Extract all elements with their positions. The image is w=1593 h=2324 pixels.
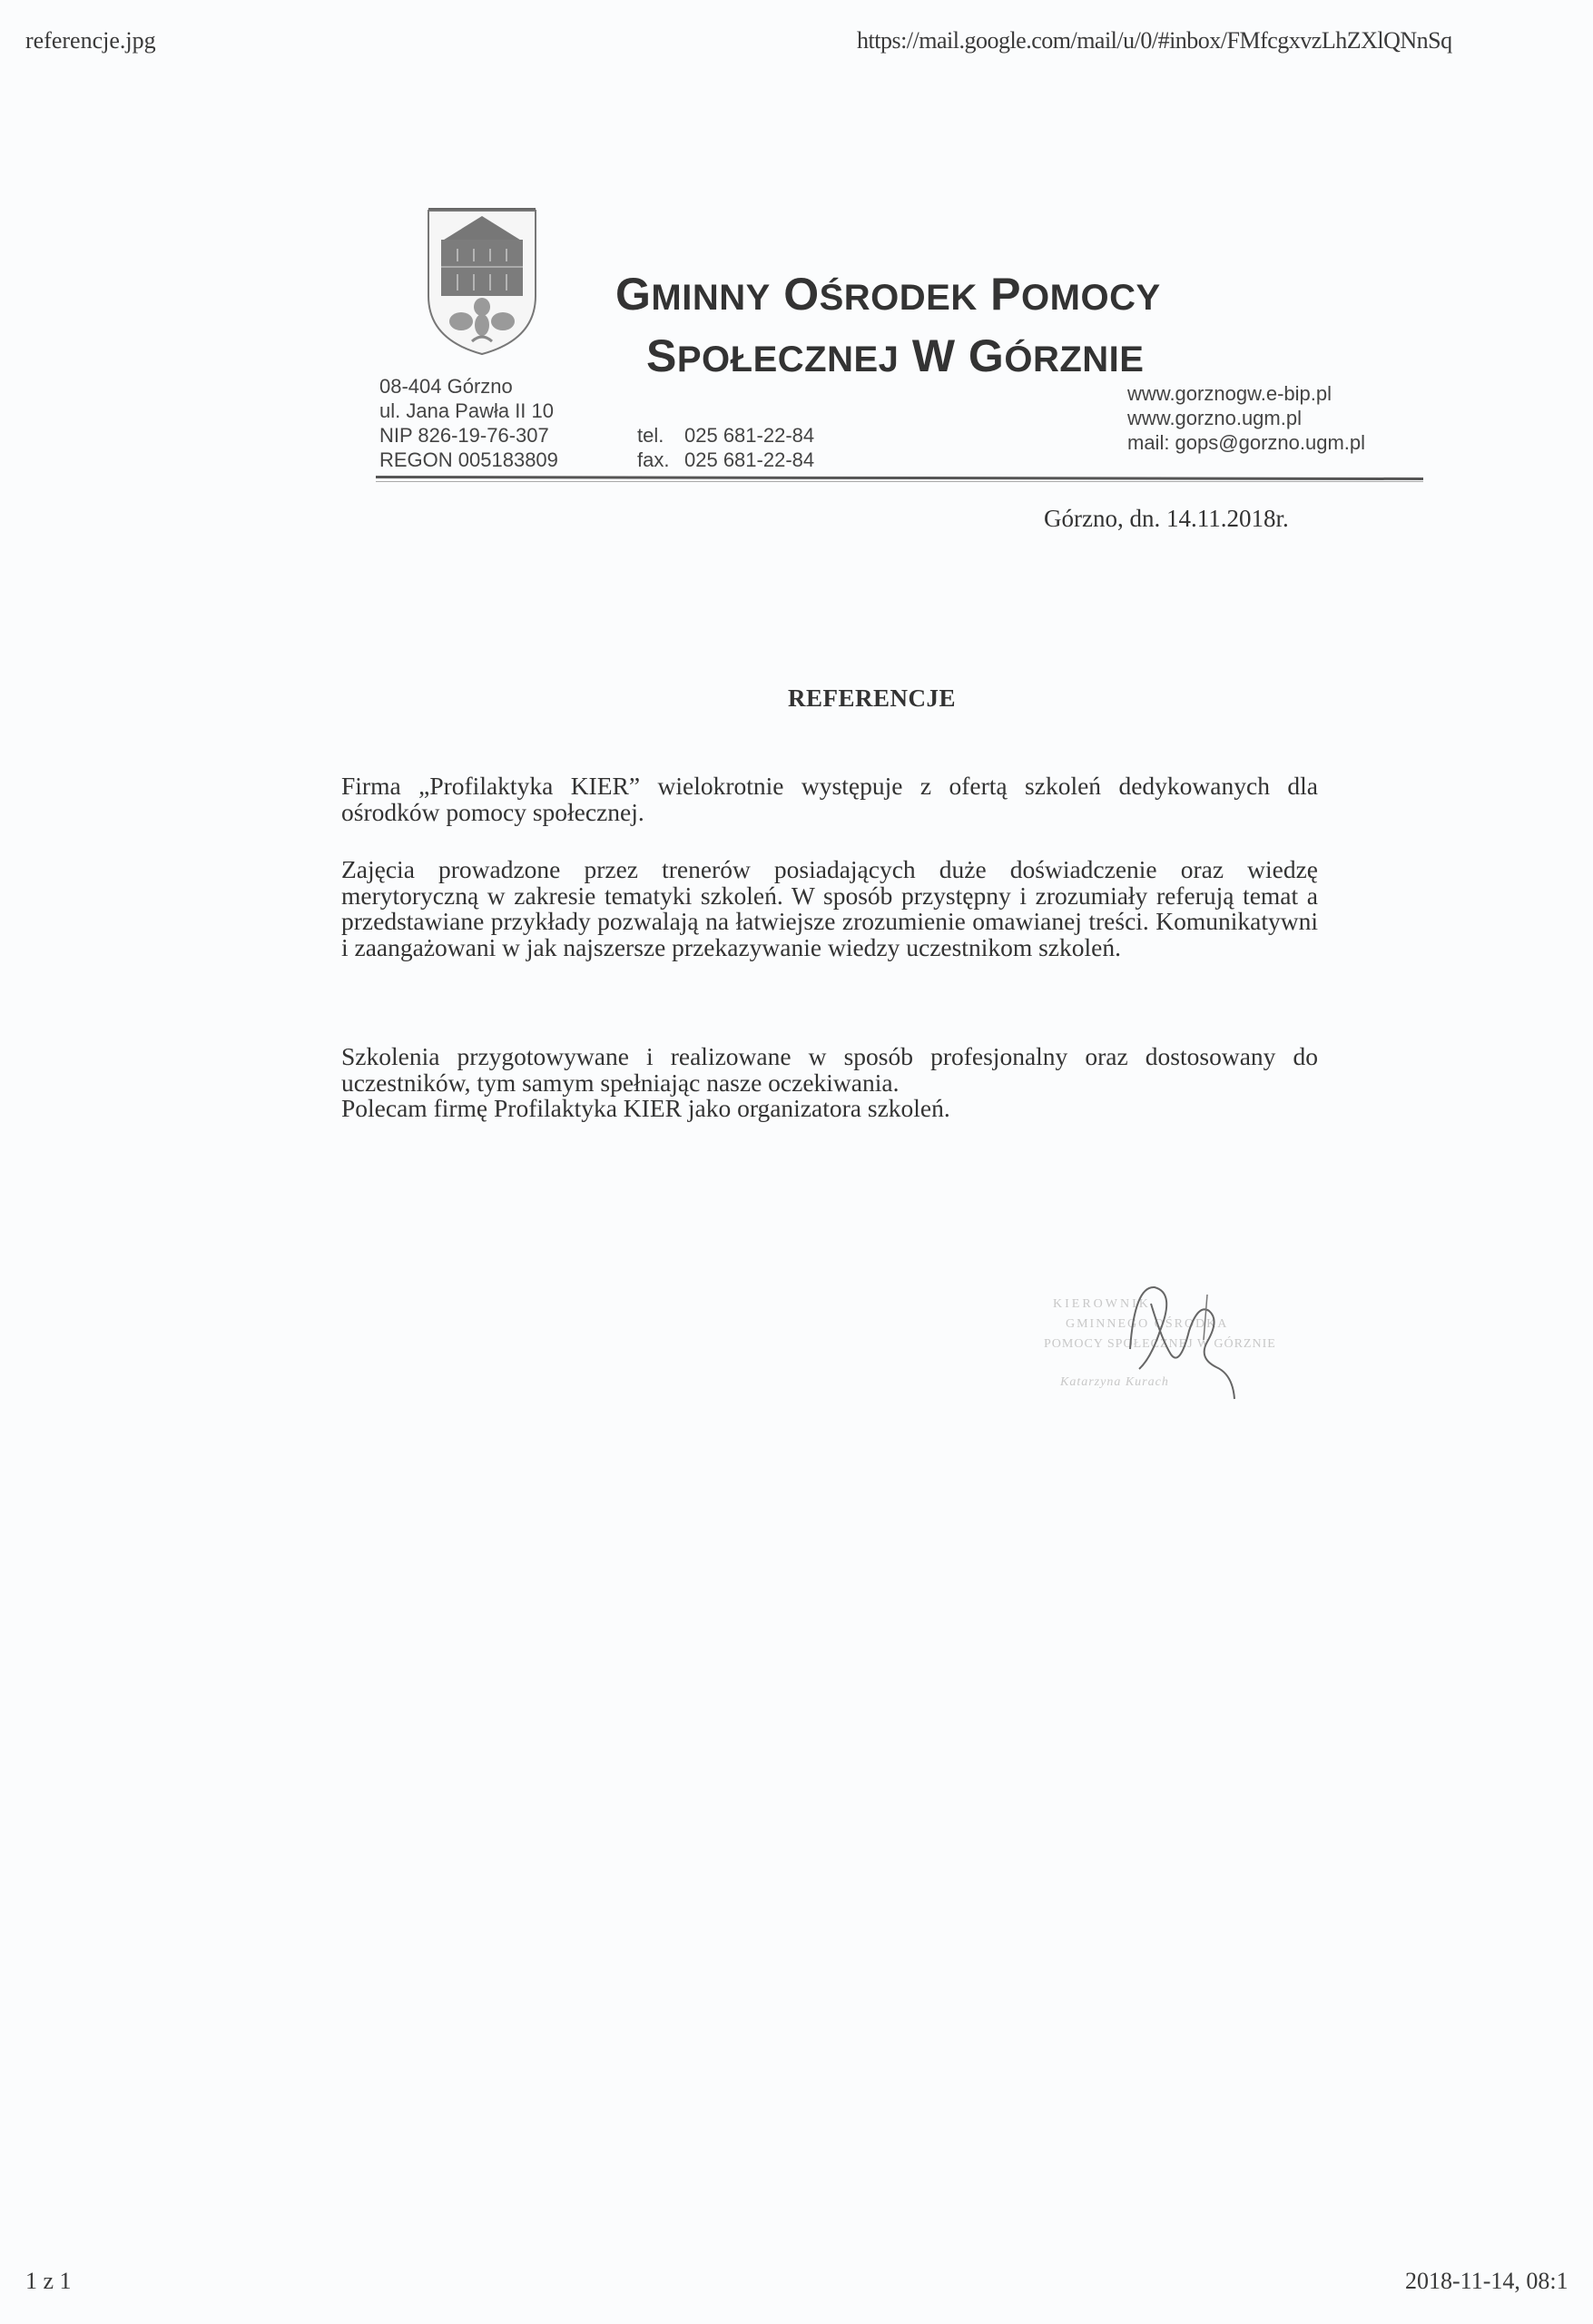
email-line: mail: gops@gorzno.ugm.pl — [1127, 430, 1365, 455]
letter-heading: REFERENCJE — [788, 684, 956, 713]
fax-label: fax. — [637, 448, 684, 472]
paragraph-conclusion: Szkolenia przygotowywane i realizowane w… — [341, 1044, 1318, 1122]
nip-line: NIP 826-19-76-307 — [379, 423, 558, 448]
signature-stamp-icon: KIEROWNIK GMINNEGO OŚRODKA POMOCY SPOŁEC… — [1044, 1267, 1316, 1403]
organization-name-line2: SPOŁECZNEJ W GÓRZNIE — [646, 327, 1161, 389]
organization-name: GMINNY OŚRODEK POMOCY SPOŁECZNEJ W GÓRZN… — [615, 265, 1161, 389]
recommendation-line: Polecam firmę Profilaktyka KIER jako org… — [341, 1096, 1318, 1122]
tel-label: tel. — [637, 423, 684, 448]
tel-number: 025 681-22-84 — [684, 424, 814, 447]
address-line: 08-404 Górzno — [379, 374, 558, 399]
paragraph-intro: Firma „Profilaktyka KIER” wielokrotnie w… — [341, 773, 1318, 825]
address-block: 08-404 Górzno ul. Jana Pawła II 10 NIP 8… — [379, 374, 558, 472]
regon-line: REGON 005183809 — [379, 448, 558, 472]
print-header-filename: referencje.jpg — [25, 27, 156, 54]
svg-text:POMOCY SPOŁECZNEJ W GÓRZNIE: POMOCY SPOŁECZNEJ W GÓRZNIE — [1044, 1335, 1276, 1351]
letter-date: Górzno, dn. 14.11.2018r. — [1044, 505, 1289, 533]
organization-name-line1: GMINNY OŚRODEK POMOCY — [615, 265, 1161, 327]
coat-of-arms-icon — [425, 205, 539, 358]
address-line: ul. Jana Pawła II 10 — [379, 399, 558, 423]
letterhead-divider-shadow — [376, 481, 1423, 482]
phone-block: tel.025 681-22-84 fax.025 681-22-84 — [637, 423, 814, 472]
print-timestamp: 2018-11-14, 08:1 — [1405, 2268, 1568, 2295]
paragraph-conclusion-text: Szkolenia przygotowywane i realizowane w… — [341, 1044, 1318, 1096]
svg-text:Katarzyna Kurach: Katarzyna Kurach — [1059, 1375, 1169, 1389]
fax-number: 025 681-22-84 — [684, 448, 814, 471]
print-header-url: https://mail.google.com/mail/u/0/#inbox/… — [857, 27, 1452, 54]
web-block: www.gorznogw.e-bip.pl www.gorzno.ugm.pl … — [1127, 381, 1365, 455]
website-link: www.gorznogw.e-bip.pl — [1127, 381, 1365, 406]
website-link: www.gorzno.ugm.pl — [1127, 406, 1365, 430]
paragraph-trainers: Zajęcia prowadzone przez trenerów posiad… — [341, 857, 1318, 960]
letterhead-divider — [376, 476, 1423, 480]
page-indicator: 1 z 1 — [25, 2268, 72, 2295]
